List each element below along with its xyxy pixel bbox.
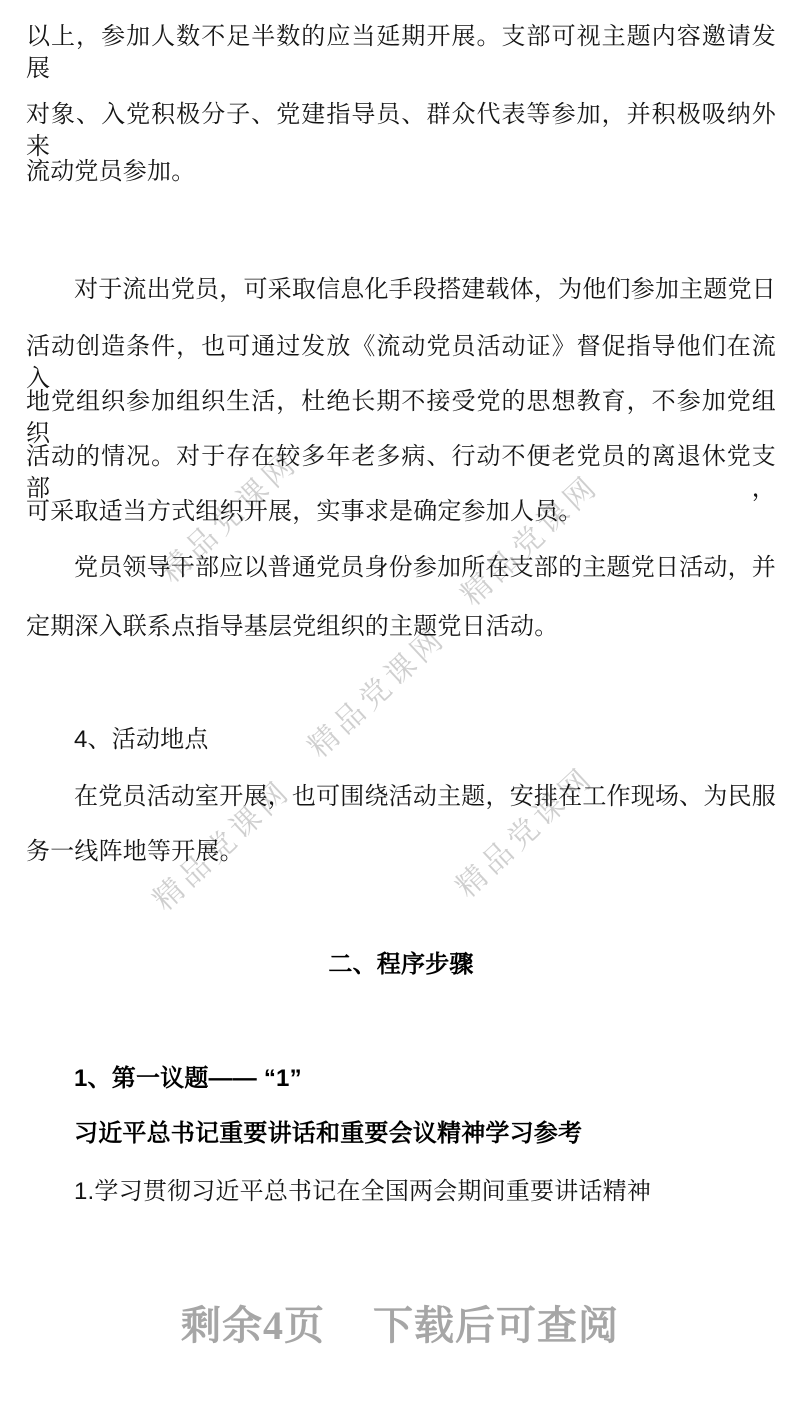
section-heading-location: 4、活动地点: [26, 724, 776, 756]
list-item-study-speech: 1.学习贯彻习近平总书记在全国两会期间重要讲话精神: [26, 1176, 776, 1208]
body-line: 以上，参加人数不足半数的应当延期开展。支部可视主题内容邀请发展: [26, 21, 776, 85]
preview-footer: 剩余4页下载后可查阅: [0, 1301, 800, 1351]
download-hint-label: 下载后可查阅: [373, 1303, 619, 1348]
section-heading-procedure: 二、程序步骤: [26, 949, 776, 981]
document-page: 精品党课网 精品党课网 精品党课网 精品党课网 精品党课网 以上，参加人数不足半…: [0, 0, 800, 1408]
body-line: 流动党员参加。: [26, 156, 776, 188]
body-line: 务一线阵地等开展。: [26, 836, 776, 868]
body-line: 可采取适当方式组织开展，实事求是确定参加人员。: [26, 496, 776, 528]
heading-study-reference: 习近平总书记重要讲话和重要会议精神学习参考: [26, 1118, 776, 1150]
watermark-text: 精品党课网: [444, 754, 602, 906]
body-line: 在党员活动室开展，也可围绕活动主题，安排在工作现场、为民服: [26, 781, 776, 813]
body-line: 党员领导干部应以普通党员身份参加所在支部的主题党日活动，并: [26, 552, 776, 584]
heading-first-topic: 1、第一议题—— “1”: [26, 1063, 776, 1095]
body-line: 对于流出党员，可采取信息化手段搭建载体，为他们参加主题党日: [26, 274, 776, 306]
body-line: 定期深入联系点指导基层党组织的主题党日活动。: [26, 611, 776, 643]
body-line: 对象、入党积极分子、党建指导员、群众代表等参加，并积极吸纳外来: [26, 99, 776, 163]
remaining-pages-label: 剩余4页: [181, 1303, 325, 1348]
